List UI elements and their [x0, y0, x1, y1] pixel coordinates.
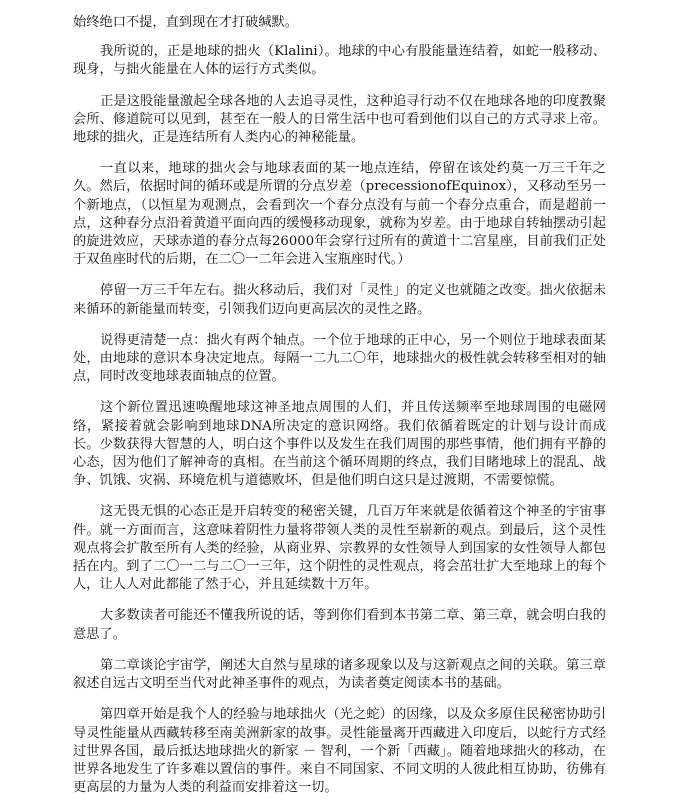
paragraph-thirteen-thousand-years: 停留一万三千年左右。拙火移动后，我们对「灵性」的定义也就随之改变。拙火依据未来循…: [73, 282, 606, 318]
paragraph-chapters-two-three: 第二章谈论宇宙学，阐述大自然与星球的诸多现象以及与这新观点之间的关联。第三章叙述…: [73, 657, 606, 693]
paragraph-earth-kundalini: 我所说的，正是地球的拙火（Klalini）。地球的中心有股能量连结着，如蛇一般移…: [73, 43, 606, 79]
document-page: 始终绝口不提，直到现在才打破缄默。 我所说的，正是地球的拙火（Klalini）。…: [73, 14, 606, 810]
paragraph-two-axis-points: 说得更清楚一点：拙火有两个轴点。一个位于地球的正中心，另一个则位于地球表面某处，…: [73, 332, 606, 387]
paragraph-readers-note: 大多数读者可能还不懂我所说的话，等到你们看到本书第二章、第三章，就会明白我的意思…: [73, 607, 606, 643]
paragraph-fearless-mind: 这无畏无惧的心态正是开启转变的秘密关键，几百万年来就是依循着这个神圣的宇宙事件。…: [73, 503, 606, 594]
paragraph-spiritual-seeking: 正是这股能量激起全球各地的人去追寻灵性，这种追寻行动不仅在地球各地的印度教聚会所…: [73, 93, 606, 148]
paragraph-precession: 一直以来，地球的拙火会与地球表面的某一地点连结，停留在该处约莫一万三千年之久。然…: [73, 160, 606, 269]
paragraph-continuation: 始终绝口不提，直到现在才打破缄默。: [73, 14, 606, 32]
paragraph-new-location: 这个新位置迅速唤醒地球这神圣地点周围的人们，并且传送频率至地球周围的电磁网络，紧…: [73, 399, 606, 490]
paragraph-chapter-four: 第四章开始是我个人的经验与地球拙火（光之蛇）的因缘，以及众多原住民秘密协助引导灵…: [73, 706, 606, 797]
